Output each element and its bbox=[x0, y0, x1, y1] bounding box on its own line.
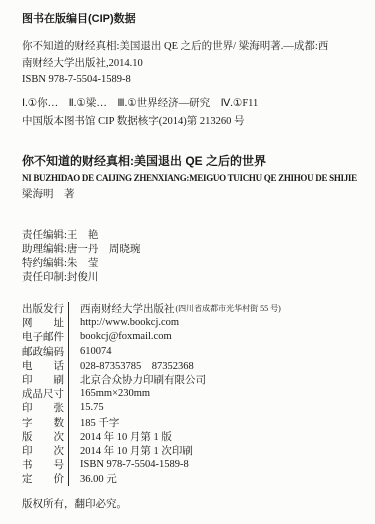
staff-role-label: 特约编辑: bbox=[22, 258, 67, 269]
publication-row-label: 定 价 bbox=[22, 472, 64, 486]
staff-person-name: 王 艳 bbox=[67, 230, 99, 241]
publication-row: 定 价 36.00 元 bbox=[22, 472, 367, 486]
cip-block: 图书在版编目(CIP)数据 你不知道的财经真相:美国退出 QE 之后的世界/ 梁… bbox=[22, 13, 367, 130]
publication-row-value: 610074 bbox=[80, 346, 112, 357]
publication-row: 印 张 15.75 bbox=[22, 401, 367, 415]
publication-row-note: (四川省成都市光华村街 55 号) bbox=[176, 303, 281, 314]
publication-row-value-cell: 2014 年 10 月第 1 次印刷 bbox=[68, 443, 367, 457]
cip-record-number: 中国版本图书馆 CIP 数据核字(2014)第 213260 号 bbox=[22, 114, 367, 130]
staff-block: 责任编辑:王 艳 助理编辑:唐一丹 周晓琬 特约编辑:朱 莹 责任印制:封俊川 bbox=[22, 229, 367, 285]
publication-row-label: 电子邮件 bbox=[22, 330, 64, 344]
publication-row-value-cell: 北京合众协力印刷有限公司 bbox=[68, 372, 367, 386]
publication-row-value-cell: 610074 bbox=[68, 344, 367, 358]
publication-row-value: 185 千字 bbox=[80, 415, 119, 429]
publication-row-value: http://www.bookcj.com bbox=[80, 317, 179, 328]
publication-row: 电子邮件 bookcj@foxmail.com bbox=[22, 330, 367, 344]
cip-bib-line-2: 南财经大学出版社,2014.10 bbox=[22, 56, 367, 73]
cip-header: 图书在版编目(CIP)数据 bbox=[22, 13, 367, 26]
publication-row-label: 版 次 bbox=[22, 429, 64, 443]
publication-row-label: 成品尺寸 bbox=[22, 387, 64, 401]
publication-row-value: 2014 年 10 月第 1 次印刷 bbox=[80, 443, 193, 457]
publication-row-label: 电 话 bbox=[22, 358, 64, 372]
publication-row: 成品尺寸 165mm×230mm bbox=[22, 387, 367, 401]
publication-row-label: 印 张 bbox=[22, 401, 64, 415]
publication-row-label: 书 号 bbox=[22, 458, 64, 472]
cip-bib-line-1: 你不知道的财经真相:美国退出 QE 之后的世界/ 梁海明著.—成都:西 bbox=[22, 39, 367, 56]
publication-block: 出版发行 西南财经大学出版社 (四川省成都市光华村街 55 号) 网 址 htt… bbox=[22, 302, 367, 486]
publication-row-value: ISBN 978-7-5504-1589-8 bbox=[80, 459, 189, 470]
publication-row-value-cell: 西南财经大学出版社 (四川省成都市光华村街 55 号) bbox=[68, 302, 367, 316]
cip-classification: Ⅰ.①你… Ⅱ.①梁… Ⅲ.①世界经济—研究 Ⅳ.①F11 bbox=[22, 96, 367, 111]
publication-row-value: 西南财经大学出版社 bbox=[80, 302, 175, 316]
publication-row-value: 36.00 元 bbox=[80, 472, 117, 486]
publication-row-value-cell: 185 千字 bbox=[68, 415, 367, 429]
publication-row-value: bookcj@foxmail.com bbox=[80, 331, 172, 342]
publication-row-value: 15.75 bbox=[80, 402, 104, 413]
publication-row-value-cell: 36.00 元 bbox=[68, 472, 367, 486]
publication-row-label: 邮政编码 bbox=[22, 344, 64, 358]
publication-row: 字 数 185 千字 bbox=[22, 415, 367, 429]
cip-bibliographic-entry: 你不知道的财经真相:美国退出 QE 之后的世界/ 梁海明著.—成都:西 南财经大… bbox=[22, 39, 367, 89]
publication-row: 印 次 2014 年 10 月第 1 次印刷 bbox=[22, 443, 367, 457]
staff-row: 责任编辑:王 艳 bbox=[22, 229, 367, 243]
publication-row: 印 刷 北京合众协力印刷有限公司 bbox=[22, 372, 367, 386]
publication-row: 邮政编码 610074 bbox=[22, 344, 367, 358]
publication-row-value: 028-87353785 87352368 bbox=[80, 358, 194, 372]
publication-row-label: 印 刷 bbox=[22, 372, 64, 386]
publication-row-label: 印 次 bbox=[22, 443, 64, 457]
publication-row-value-cell: 15.75 bbox=[68, 401, 367, 415]
staff-role-label: 责任印制: bbox=[22, 272, 67, 283]
book-copyright-page: 图书在版编目(CIP)数据 你不知道的财经真相:美国退出 QE 之后的世界/ 梁… bbox=[0, 0, 375, 524]
copyright-notice: 版权所有，翻印必究。 bbox=[22, 497, 367, 512]
title-block: 你不知道的财经真相:美国退出 QE 之后的世界 NI BUZHIDAO DE C… bbox=[22, 154, 367, 202]
staff-role-label: 责任编辑: bbox=[22, 230, 67, 241]
publication-row-value-cell: bookcj@foxmail.com bbox=[68, 330, 367, 344]
publication-row-value: 2014 年 10 月第 1 版 bbox=[80, 429, 172, 443]
publication-row-value-cell: 2014 年 10 月第 1 版 bbox=[68, 429, 367, 443]
publication-row-value: 北京合众协力印刷有限公司 bbox=[80, 372, 206, 386]
book-title-pinyin: NI BUZHIDAO DE CAIJING ZHENXIANG:MEIGUO … bbox=[22, 172, 367, 185]
staff-person-name: 封俊川 bbox=[67, 272, 99, 283]
publication-row-value-cell: ISBN 978-7-5504-1589-8 bbox=[68, 458, 367, 472]
publication-row-label: 字 数 bbox=[22, 415, 64, 429]
publication-row: 书 号 ISBN 978-7-5504-1589-8 bbox=[22, 458, 367, 472]
staff-person-name: 唐一丹 周晓琬 bbox=[67, 244, 141, 255]
publication-row: 网 址 http://www.bookcj.com bbox=[22, 316, 367, 330]
book-author: 梁海明 著 bbox=[22, 188, 367, 202]
publication-row-value-cell: 165mm×230mm bbox=[68, 387, 367, 401]
publication-row-label: 出版发行 bbox=[22, 302, 64, 316]
publication-row: 电 话 028-87353785 87352368 bbox=[22, 358, 367, 372]
publication-row-value-cell: 028-87353785 87352368 bbox=[68, 358, 367, 372]
publication-row-value: 165mm×230mm bbox=[80, 388, 150, 399]
publication-row-value-cell: http://www.bookcj.com bbox=[68, 316, 367, 330]
publication-row: 版 次 2014 年 10 月第 1 版 bbox=[22, 429, 367, 443]
staff-row: 特约编辑:朱 莹 bbox=[22, 257, 367, 271]
staff-person-name: 朱 莹 bbox=[67, 258, 99, 269]
publication-row: 出版发行 西南财经大学出版社 (四川省成都市光华村街 55 号) bbox=[22, 302, 367, 316]
publication-row-label: 网 址 bbox=[22, 316, 64, 330]
book-title-chinese: 你不知道的财经真相:美国退出 QE 之后的世界 bbox=[22, 154, 367, 169]
staff-row: 助理编辑:唐一丹 周晓琬 bbox=[22, 243, 367, 257]
staff-role-label: 助理编辑: bbox=[22, 244, 67, 255]
cip-isbn-line: ISBN 978-7-5504-1589-8 bbox=[22, 72, 367, 89]
staff-row: 责任印制:封俊川 bbox=[22, 271, 367, 285]
